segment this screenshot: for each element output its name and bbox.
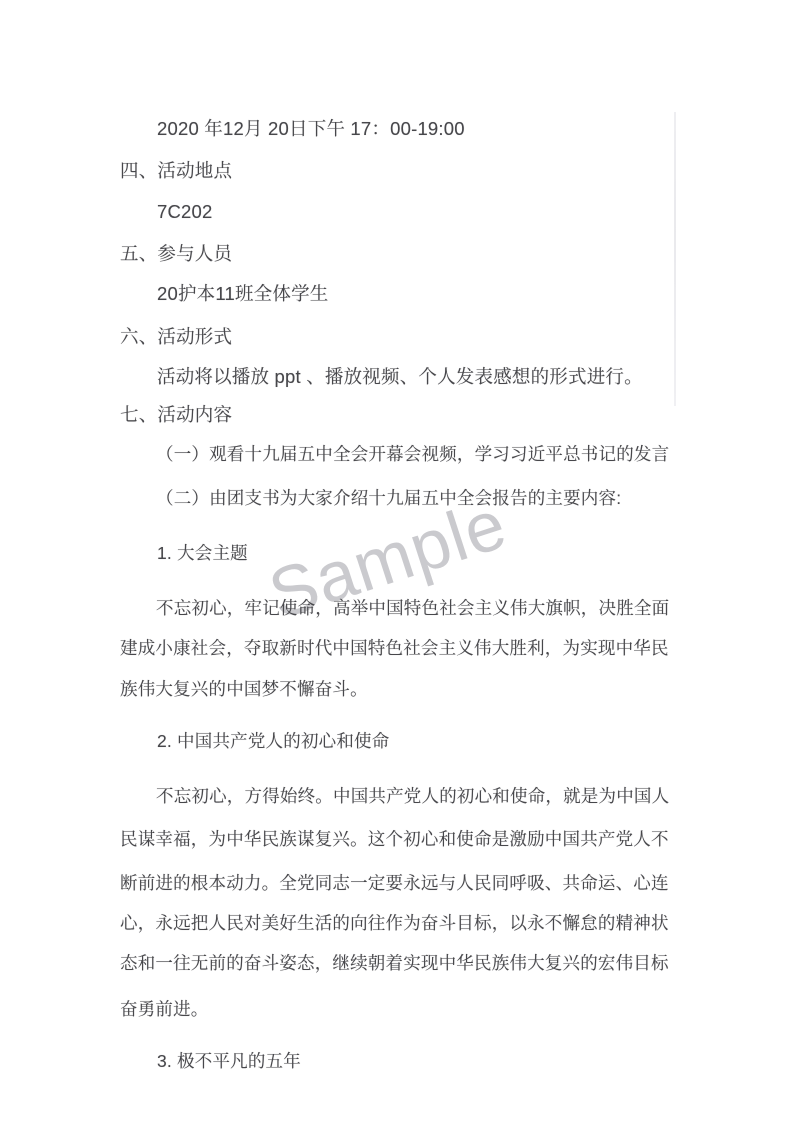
section-heading-location: 四、活动地点 (120, 162, 232, 181)
content-item-2: （二）由团支书为大家介绍十九届五中全会报告的主要内容: (156, 490, 621, 508)
participants-value: 20护本11班全体学生 (157, 285, 328, 304)
subtopic-2-paragraph-line: 断前进的根本动力。全党同志一定要永远与人民同呼吸、共命运、心连 (120, 875, 669, 893)
subtopic-2-paragraph-line: 奋勇前进。 (120, 1001, 209, 1019)
content-item-1: （一）观看十九届五中全会开幕会视频，学习习近平总书记的发言 (156, 446, 669, 464)
subtopic-1-paragraph-line: 族伟大复兴的中国梦不懈奋斗。 (120, 681, 368, 699)
subtopic-2-paragraph-line: 态和一往无前的奋斗姿态，继续朝着实现中华民族伟大复兴的宏伟目标 (120, 955, 669, 973)
subtopic-2-paragraph-line: 民谋幸福，为中华民族谋复兴。这个初心和使命是激励中国共产党人不 (120, 831, 669, 849)
subtopic-3-title: 3. 极不平凡的五年 (157, 1053, 301, 1071)
section-heading-content: 七、活动内容 (120, 406, 232, 425)
subtopic-2-title: 2. 中国共产党人的初心和使命 (157, 733, 389, 751)
subtopic-2-paragraph-line: 不忘初心，方得始终。中国共产党人的初心和使命，就是为中国人 (156, 788, 669, 806)
section-heading-format: 六、活动形式 (120, 328, 232, 347)
subtopic-1-paragraph-line: 不忘初心，牢记使命，高举中国特色社会主义伟大旗帜，决胜全面 (156, 600, 669, 618)
subtopic-1-title: 1. 大会主题 (157, 545, 248, 563)
subtopic-2-paragraph-line: 心，永远把人民对美好生活的向往作为奋斗目标，以永不懈怠的精神状 (120, 915, 669, 933)
section-heading-participants: 五、参与人员 (120, 245, 232, 264)
datetime-line: 2020 年12月 20日下午 17：00-19:00 (157, 120, 465, 139)
format-value: 活动将以播放 ppt 、播放视频、个人发表感想的形式进行。 (157, 368, 643, 387)
subtopic-1-paragraph-line: 建成小康社会，夺取新时代中国特色社会主义伟大胜利，为实现中华民 (120, 640, 669, 658)
location-value: 7C202 (157, 203, 213, 222)
document-page: Sample 2020 年12月 20日下午 17：00-19:00 四、活动地… (0, 0, 794, 1123)
page-edge-artifact (674, 112, 676, 406)
